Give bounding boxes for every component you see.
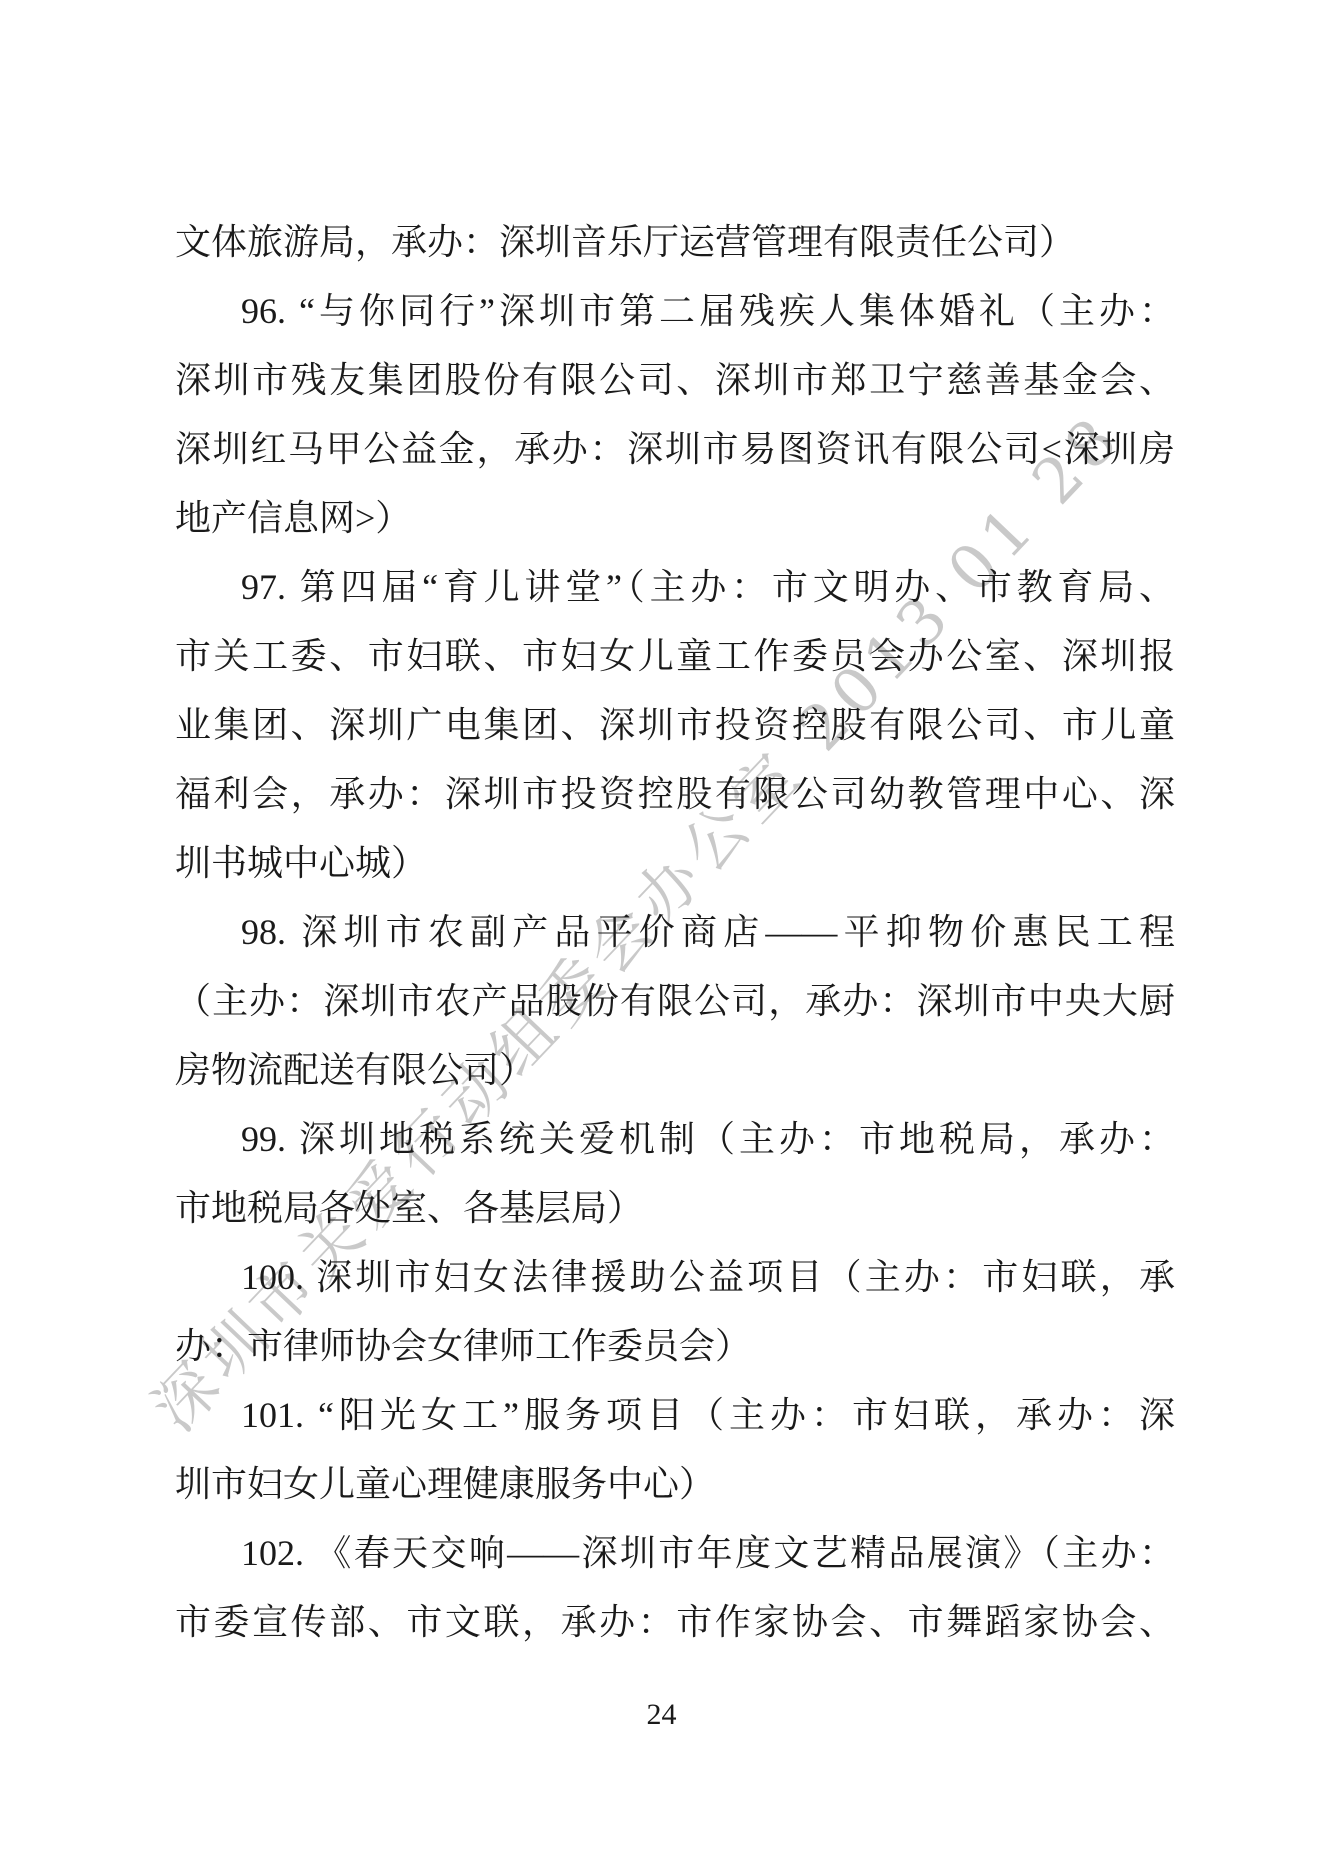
text-line: 97. 第四届“育儿讲堂”（主办：市文明办、市教育局、 xyxy=(175,553,1175,622)
text-line: 地产信息网>） xyxy=(175,484,1175,553)
text-block: 文体旅游局，承办：深圳音乐厅运营管理有限责任公司）96. “与你同行”深圳市第二… xyxy=(175,208,1175,1657)
text-line: 102. 《春天交响——深圳市年度文艺精品展演》（主办： xyxy=(175,1519,1175,1588)
text-line: 福利会，承办：深圳市投资控股有限公司幼教管理中心、深 xyxy=(175,760,1175,829)
document-page: 深圳市关爱行动组委会办公室 2013 01 28 文体旅游局，承办：深圳音乐厅运… xyxy=(0,0,1323,1871)
text-line: 深圳市残友集团股份有限公司、深圳市郑卫宁慈善基金会、 xyxy=(175,346,1175,415)
text-line: 办：市律师协会女律师工作委员会） xyxy=(175,1312,1175,1381)
text-line: 100. 深圳市妇女法律援助公益项目（主办：市妇联，承 xyxy=(175,1243,1175,1312)
text-line: 圳市妇女儿童心理健康服务中心） xyxy=(175,1450,1175,1519)
text-line: 圳书城中心城） xyxy=(175,829,1175,898)
text-line: 96. “与你同行”深圳市第二届残疾人集体婚礼（主办： xyxy=(175,277,1175,346)
text-line: 业集团、深圳广电集团、深圳市投资控股有限公司、市儿童 xyxy=(175,691,1175,760)
text-line: （主办：深圳市农产品股份有限公司，承办：深圳市中央大厨 xyxy=(175,967,1175,1036)
text-line: 市地税局各处室、各基层局） xyxy=(175,1174,1175,1243)
text-line: 市委宣传部、市文联，承办：市作家协会、市舞蹈家协会、 xyxy=(175,1588,1175,1657)
text-line: 房物流配送有限公司） xyxy=(175,1036,1175,1105)
text-line: 101. “阳光女工”服务项目（主办：市妇联，承办：深 xyxy=(175,1381,1175,1450)
text-line: 市关工委、市妇联、市妇女儿童工作委员会办公室、深圳报 xyxy=(175,622,1175,691)
text-line: 99. 深圳地税系统关爱机制（主办：市地税局，承办： xyxy=(175,1105,1175,1174)
page-number: 24 xyxy=(0,1698,1323,1732)
text-line: 98. 深圳市农副产品平价商店——平抑物价惠民工程 xyxy=(175,898,1175,967)
text-line: 深圳红马甲公益金，承办：深圳市易图资讯有限公司<深圳房 xyxy=(175,415,1175,484)
text-line: 文体旅游局，承办：深圳音乐厅运营管理有限责任公司） xyxy=(175,208,1175,277)
